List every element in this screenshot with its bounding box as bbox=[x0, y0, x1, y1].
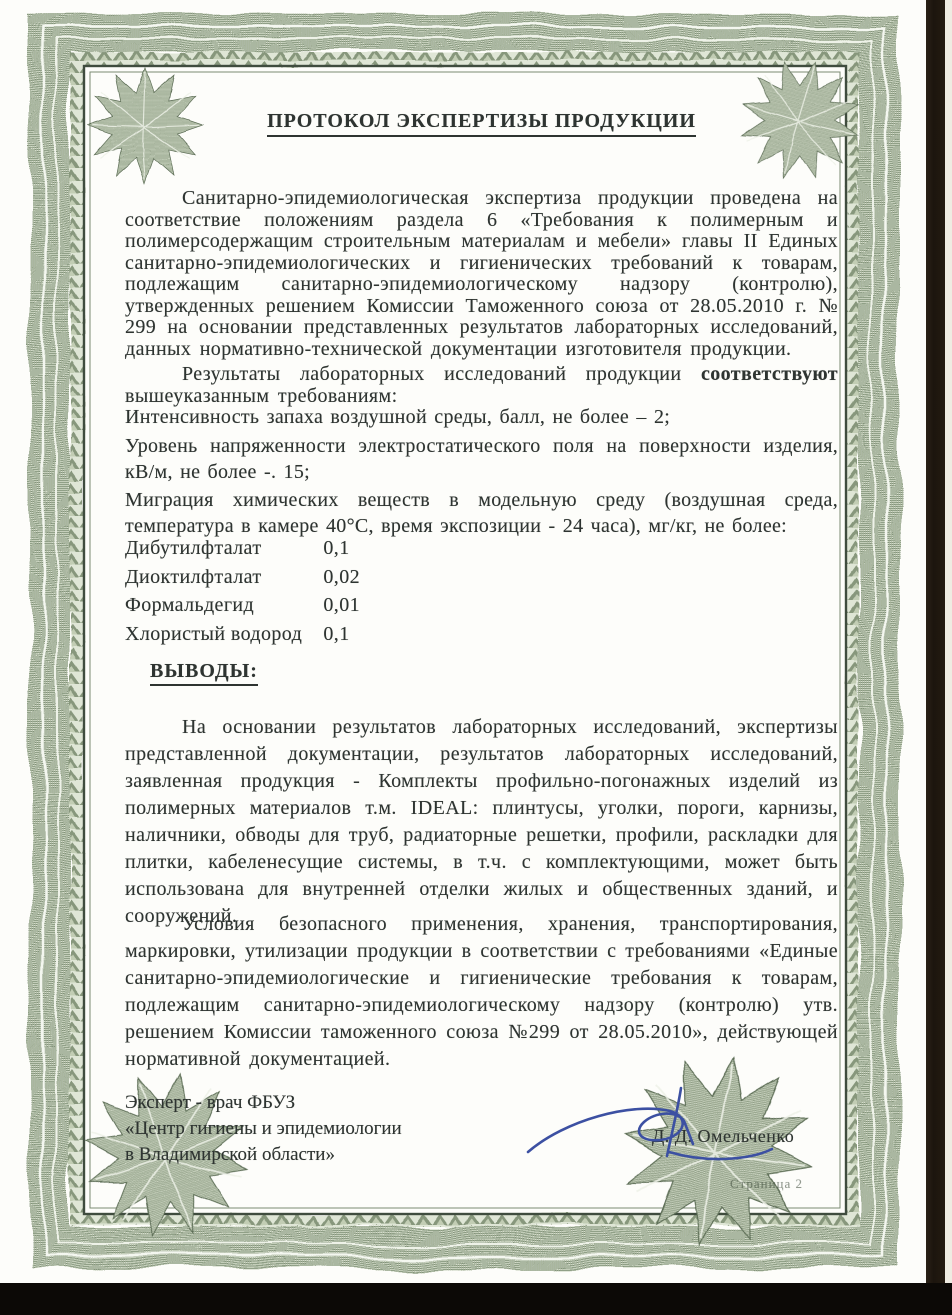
scan-edge-right-sliver bbox=[945, 0, 952, 1292]
chemical-name: Диоктилфталат bbox=[125, 566, 318, 589]
chemical-name: Формальдегид bbox=[125, 594, 318, 617]
table-row: Формальдегид 0,01 bbox=[125, 594, 625, 623]
chemical-value: 0,01 bbox=[323, 594, 360, 616]
chemical-value: 0,02 bbox=[323, 566, 360, 588]
requirement-electrostatic: Уровень напряженности электростатическог… bbox=[125, 433, 838, 485]
chemical-name: Дибутилфталат bbox=[125, 537, 318, 560]
conclusions-paragraph-2: Условия безопасного применения, хранения… bbox=[125, 911, 838, 1073]
chemical-value: 0,1 bbox=[323, 537, 349, 559]
intro-paragraph: Санитарно-эпидемиологическая экспертиза … bbox=[125, 188, 838, 360]
expert-line: Эксперт - врач ФБУЗ bbox=[125, 1090, 402, 1116]
expert-line: «Центр гигиены и эпидемиологии bbox=[125, 1116, 402, 1142]
results-prefix: Результаты лабораторных исследований про… bbox=[182, 363, 701, 385]
requirement-odor: Интенсивность запаха воздушной среды, ба… bbox=[125, 404, 838, 430]
document-content: ПРОТОКОЛ ЭКСПЕРТИЗЫ ПРОДУКЦИИ Санитарно-… bbox=[125, 0, 838, 1280]
requirement-migration: Миграция химических веществ в модельную … bbox=[125, 487, 838, 539]
results-bold: соответствуют bbox=[701, 363, 838, 385]
scan-edge-right bbox=[926, 0, 945, 1292]
chemical-limits-table: Дибутилфталат 0,1 Диоктилфталат 0,02 Фор… bbox=[125, 537, 625, 651]
scanned-certificate-page: ПРОТОКОЛ ЭКСПЕРТИЗЫ ПРОДУКЦИИ Санитарно-… bbox=[0, 0, 952, 1315]
scan-edge-bottom bbox=[0, 1283, 952, 1315]
document-title: ПРОТОКОЛ ЭКСПЕРТИЗЫ ПРОДУКЦИИ bbox=[125, 110, 838, 133]
conclusions-paragraph-1: На основании результатов лабораторных ис… bbox=[125, 714, 838, 930]
results-paragraph: Результаты лабораторных исследований про… bbox=[125, 364, 838, 407]
table-row: Хлористый водород 0,1 bbox=[125, 623, 625, 652]
expert-signature-block: Эксперт - врач ФБУЗ «Центр гигиены и эпи… bbox=[125, 1090, 402, 1168]
table-row: Диоктилфталат 0,02 bbox=[125, 566, 625, 595]
handwritten-signature bbox=[520, 1082, 780, 1182]
conclusions-heading: ВЫВОДЫ: bbox=[150, 660, 258, 683]
table-row: Дибутилфталат 0,1 bbox=[125, 537, 625, 566]
chemical-name: Хлористый водород bbox=[125, 623, 318, 646]
chemical-value: 0,1 bbox=[323, 623, 349, 645]
expert-line: в Владимирской области» bbox=[125, 1142, 402, 1168]
